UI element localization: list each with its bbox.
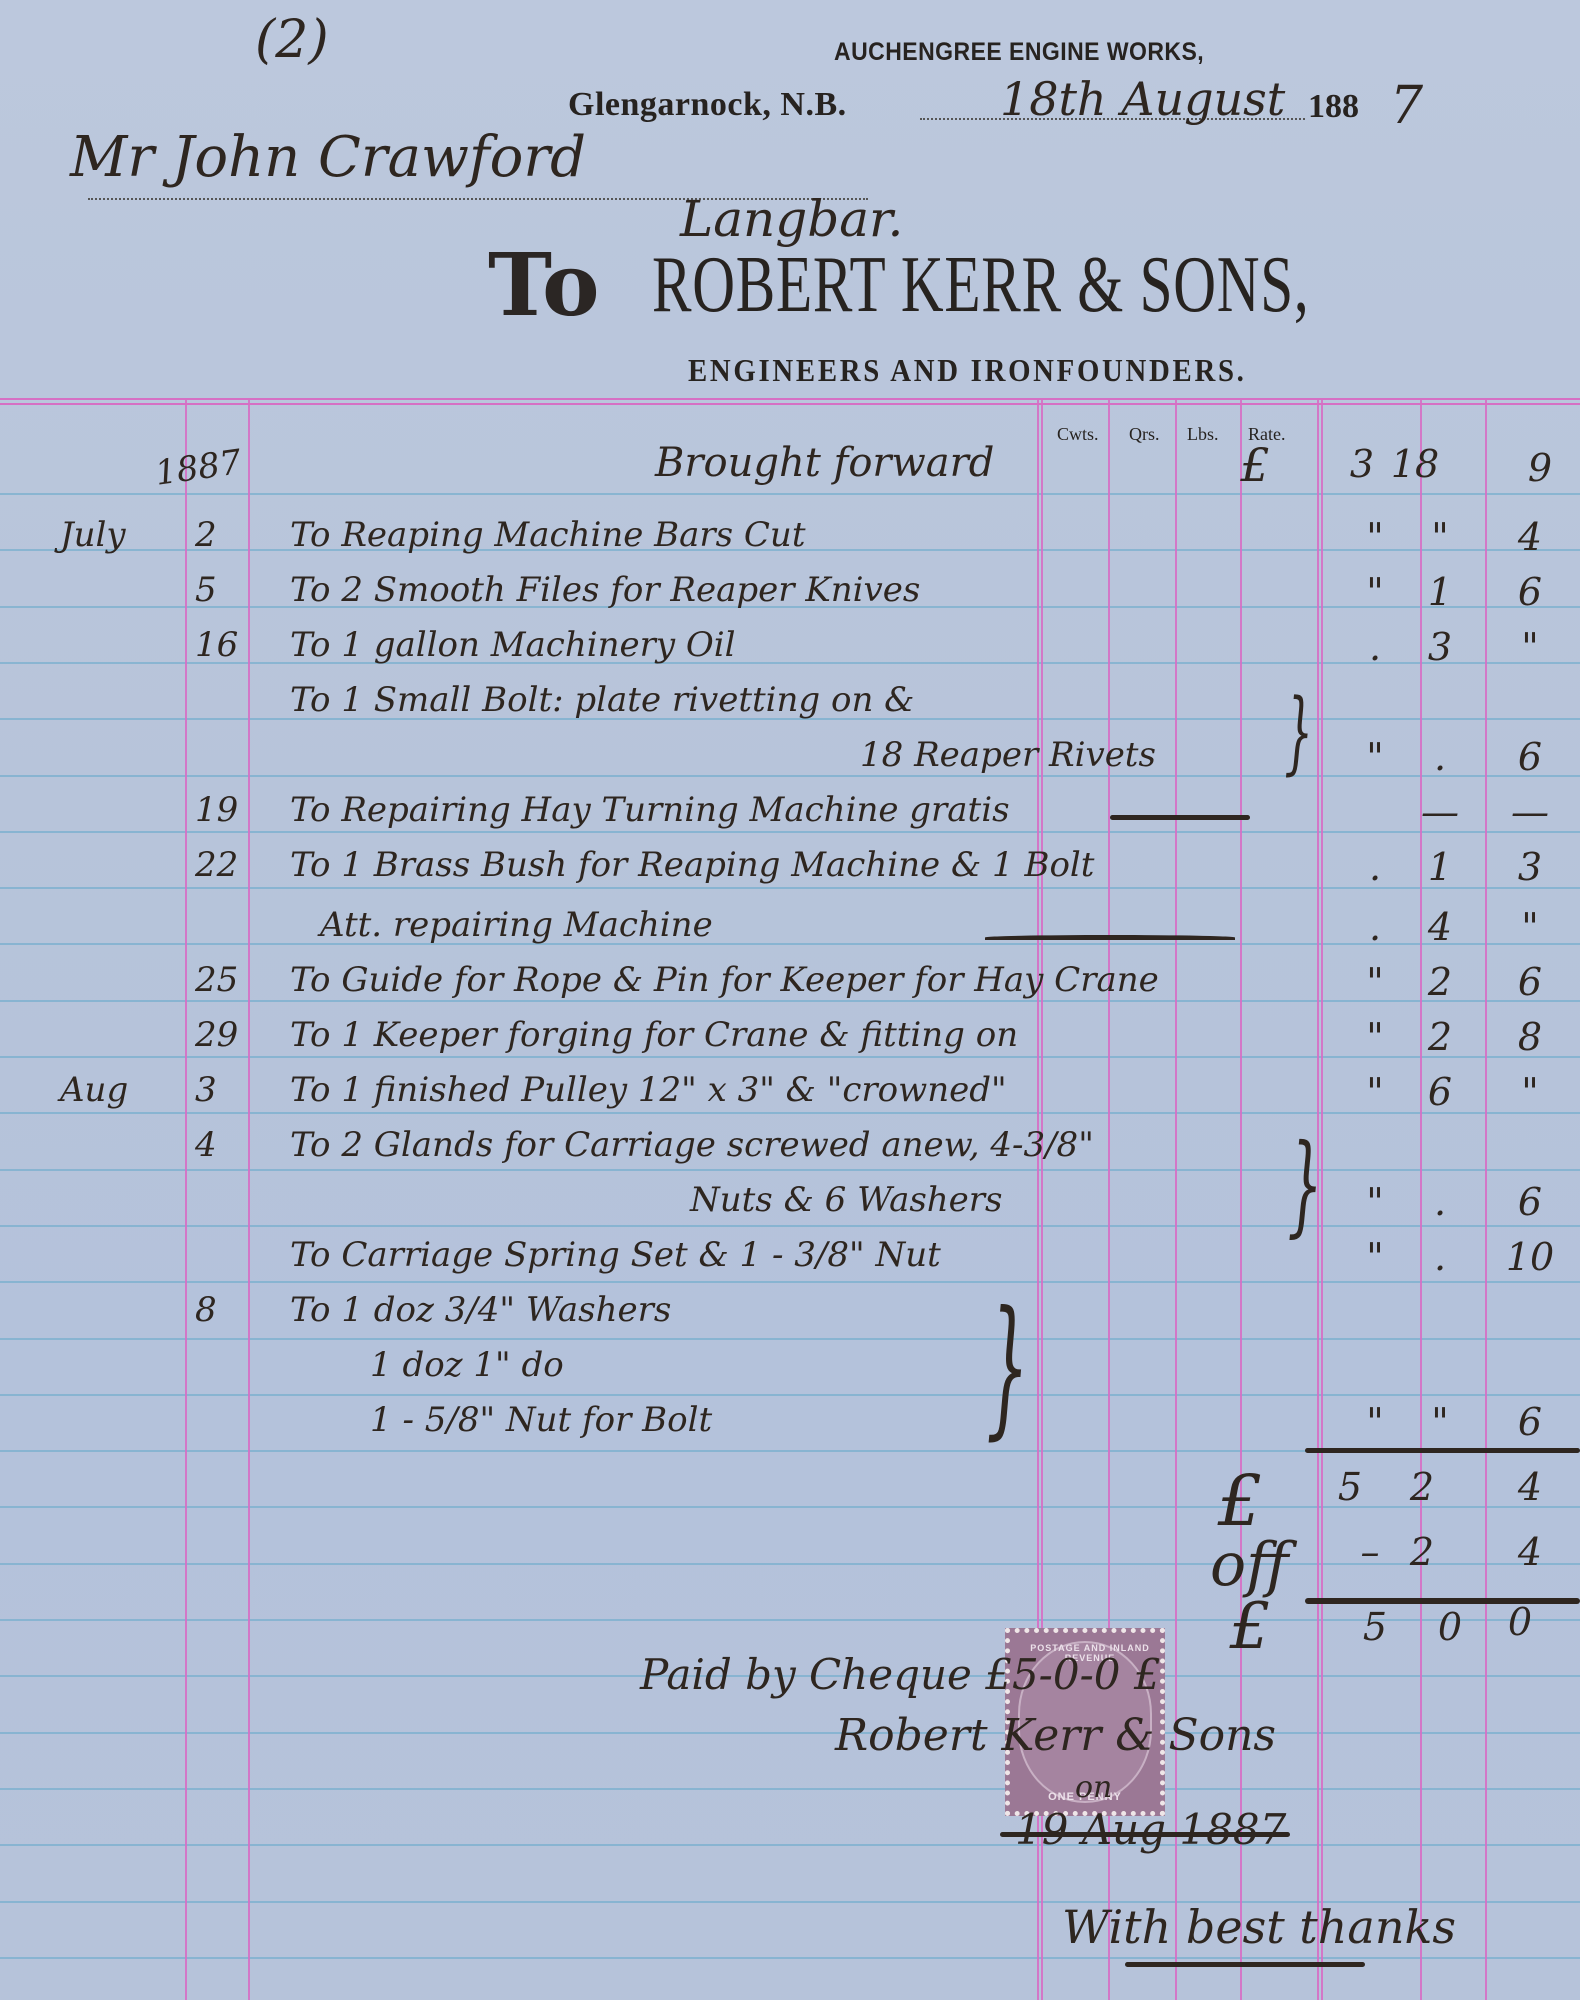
row-shillings: 4 <box>1410 905 1470 949</box>
top-border-line <box>0 398 1580 400</box>
year-printed: 188 <box>1308 88 1359 126</box>
paid-by-cheque: Paid by Cheque £5-0-0 £ <box>640 1650 1161 1699</box>
row-shillings: 1 <box>1410 845 1470 889</box>
ruling-line <box>0 1169 1580 1171</box>
row-day: 25 <box>195 960 238 1000</box>
row-description: To 1 gallon Machinery Oil <box>290 625 736 665</box>
subtotal-shillings: 2 <box>1392 1465 1452 1509</box>
row-description: 18 Reaper Rivets <box>860 735 1156 775</box>
flourish-stroke <box>985 935 1235 940</box>
brought-forward-pence: 9 <box>1510 446 1570 490</box>
row-shillings: — <box>1410 790 1470 834</box>
page-annotation: (2) <box>255 10 329 70</box>
row-day: 16 <box>195 625 238 665</box>
row-day: 19 <box>195 790 238 830</box>
row-pounds-mark: " <box>1345 1015 1405 1059</box>
ledger-year: 1887 <box>153 442 244 494</box>
row-day: 29 <box>195 1015 238 1055</box>
row-day: 5 <box>195 570 217 610</box>
receipt-date: 19 Aug 1887 <box>1015 1805 1286 1854</box>
top-border-line <box>0 403 1580 405</box>
row-description: To 2 Smooth Files for Reaper Knives <box>290 570 920 610</box>
row-pounds-mark: . <box>1345 625 1405 669</box>
ruling-line <box>0 1957 1580 1959</box>
row-day: 2 <box>195 515 217 555</box>
brought-forward-currency: £ <box>1225 438 1285 492</box>
row-pounds-mark: " <box>1345 1235 1405 1279</box>
column-rule <box>185 398 187 2000</box>
row-shillings: 3 <box>1410 625 1470 669</box>
total-shillings: 0 <box>1420 1605 1480 1649</box>
row-description: To 1 Small Bolt: plate rivetting on & <box>290 680 914 720</box>
brought-forward-shillings: 18 <box>1385 442 1445 486</box>
row-pence: 6 <box>1500 735 1560 779</box>
firm-name: ROBERT KERR & SONS, <box>652 240 1309 331</box>
row-shillings: 1 <box>1410 570 1470 614</box>
ruling-line <box>0 1056 1580 1058</box>
column-rule <box>248 398 250 2000</box>
row-description: To Carriage Spring Set & 1 - 3/8" Nut <box>290 1235 941 1275</box>
row-day: 4 <box>195 1125 217 1165</box>
trade-line: ENGINEERS AND IRONFOUNDERS. <box>688 352 1247 389</box>
ruling-line <box>0 1619 1580 1621</box>
receipt-signature: Robert Kerr & Sons <box>835 1710 1276 1761</box>
row-pence: " <box>1500 1070 1560 1114</box>
ruling-line <box>0 1732 1580 1734</box>
ruling-line <box>0 831 1580 833</box>
row-pounds-mark: " <box>1345 960 1405 1004</box>
row-description: To 1 finished Pulley 12" x 3" & "crowned… <box>290 1070 1007 1110</box>
year-handwritten: 7 <box>1390 76 1423 136</box>
row-description: 1 - 5/8" Nut for Bolt <box>370 1400 712 1440</box>
ruling-line <box>0 775 1580 777</box>
row-shillings: " <box>1410 515 1470 559</box>
row-shillings: 2 <box>1410 960 1470 1004</box>
total-currency: £ <box>1220 1590 1280 1664</box>
row-day: 8 <box>195 1290 217 1330</box>
row-shillings: " <box>1410 1400 1470 1444</box>
ruling-line <box>0 943 1580 945</box>
ruling-line <box>0 1394 1580 1396</box>
ruling-line <box>0 1844 1580 1846</box>
with-best-thanks: With best thanks <box>1062 1900 1456 1954</box>
ruling-line <box>0 887 1580 889</box>
row-description: To 1 Keeper forging for Crane & fitting … <box>290 1015 1018 1055</box>
subtotal-rule <box>1305 1448 1580 1453</box>
row-description: Nuts & 6 Washers <box>690 1180 1003 1220</box>
row-pence: 6 <box>1500 1400 1560 1444</box>
column-header-lbs: Lbs. <box>1187 424 1219 445</box>
ruling-line <box>0 1281 1580 1283</box>
column-rule <box>1485 398 1487 2000</box>
row-month: Aug <box>60 1070 128 1110</box>
column-header-cwts: Cwts. <box>1057 424 1099 445</box>
ruling-line <box>0 1338 1580 1340</box>
brought-forward-label: Brought forward <box>655 440 994 486</box>
row-description: Att. repairing Machine <box>320 905 713 945</box>
row-shillings: 2 <box>1410 1015 1470 1059</box>
row-description: To Guide for Rope & Pin for Keeper for H… <box>290 960 1159 1000</box>
brought-forward-pounds: 3 <box>1332 442 1392 486</box>
row-description: To Reaping Machine Bars Cut <box>290 515 805 555</box>
row-description: To 1 doz 3/4" Washers <box>290 1290 671 1330</box>
row-pence: 6 <box>1500 570 1560 614</box>
row-shillings: . <box>1410 1235 1470 1279</box>
row-pounds-mark: " <box>1345 570 1405 614</box>
subtotal-pence: 4 <box>1500 1465 1560 1509</box>
ruling-line <box>0 1112 1580 1114</box>
row-pence: " <box>1500 905 1560 949</box>
row-pence: 8 <box>1500 1015 1560 1059</box>
discount-pence: 4 <box>1500 1530 1560 1574</box>
row-pounds-mark: " <box>1345 735 1405 779</box>
total-pounds: 5 <box>1345 1605 1405 1649</box>
subtotal-pounds: 5 <box>1320 1465 1380 1509</box>
row-pence: 6 <box>1500 960 1560 1004</box>
to-label: To <box>488 235 600 336</box>
row-description: 1 doz 1" do <box>370 1345 564 1385</box>
column-header-qrs: Qrs. <box>1129 424 1160 445</box>
row-pounds-mark: . <box>1345 845 1405 889</box>
ruling-line <box>0 1225 1580 1227</box>
total-pence: 0 <box>1490 1600 1550 1644</box>
row-shillings: 6 <box>1410 1070 1470 1114</box>
row-pence: 6 <box>1500 1180 1560 1224</box>
customer-name: Mr John Crawford <box>70 125 586 190</box>
brace: } <box>986 1280 1029 1454</box>
row-pence: " <box>1500 625 1560 669</box>
row-pence: 4 <box>1500 515 1560 559</box>
row-pounds-mark: " <box>1345 515 1405 559</box>
row-month: July <box>60 515 126 555</box>
discount-pounds: – <box>1340 1530 1400 1574</box>
row-pence: 10 <box>1500 1235 1560 1279</box>
row-description: To Repairing Hay Turning Machine gratis <box>290 790 1010 830</box>
row-pounds-mark: " <box>1345 1180 1405 1224</box>
row-shillings: . <box>1410 1180 1470 1224</box>
invoice-date: 18th August <box>1000 72 1285 126</box>
works-name: AUCHENGREE ENGINE WORKS, <box>834 38 1204 67</box>
row-pence: 3 <box>1500 845 1560 889</box>
signature-underline <box>1000 1832 1290 1837</box>
row-description: To 2 Glands for Carriage screwed anew, 4… <box>290 1125 1094 1165</box>
row-shillings: . <box>1410 735 1470 779</box>
discount-shillings: 2 <box>1392 1530 1452 1574</box>
row-day: 22 <box>195 845 238 885</box>
brace: } <box>1284 680 1313 785</box>
row-day: 3 <box>195 1070 217 1110</box>
ruling-line <box>0 493 1580 495</box>
ruling-line <box>0 1788 1580 1790</box>
row-pounds-mark: " <box>1345 1400 1405 1444</box>
row-pence: — <box>1500 790 1560 834</box>
receipt-on: on <box>1075 1770 1112 1805</box>
row-pounds-mark: " <box>1345 1070 1405 1114</box>
thanks-underline <box>1125 1962 1365 1967</box>
row-description: To 1 Brass Bush for Reaping Machine & 1 … <box>290 845 1094 885</box>
place-name: Glengarnock, N.B. <box>568 86 847 124</box>
gratis-underline <box>1110 815 1250 820</box>
row-pounds-mark: . <box>1345 905 1405 949</box>
brace: } <box>1288 1120 1323 1248</box>
